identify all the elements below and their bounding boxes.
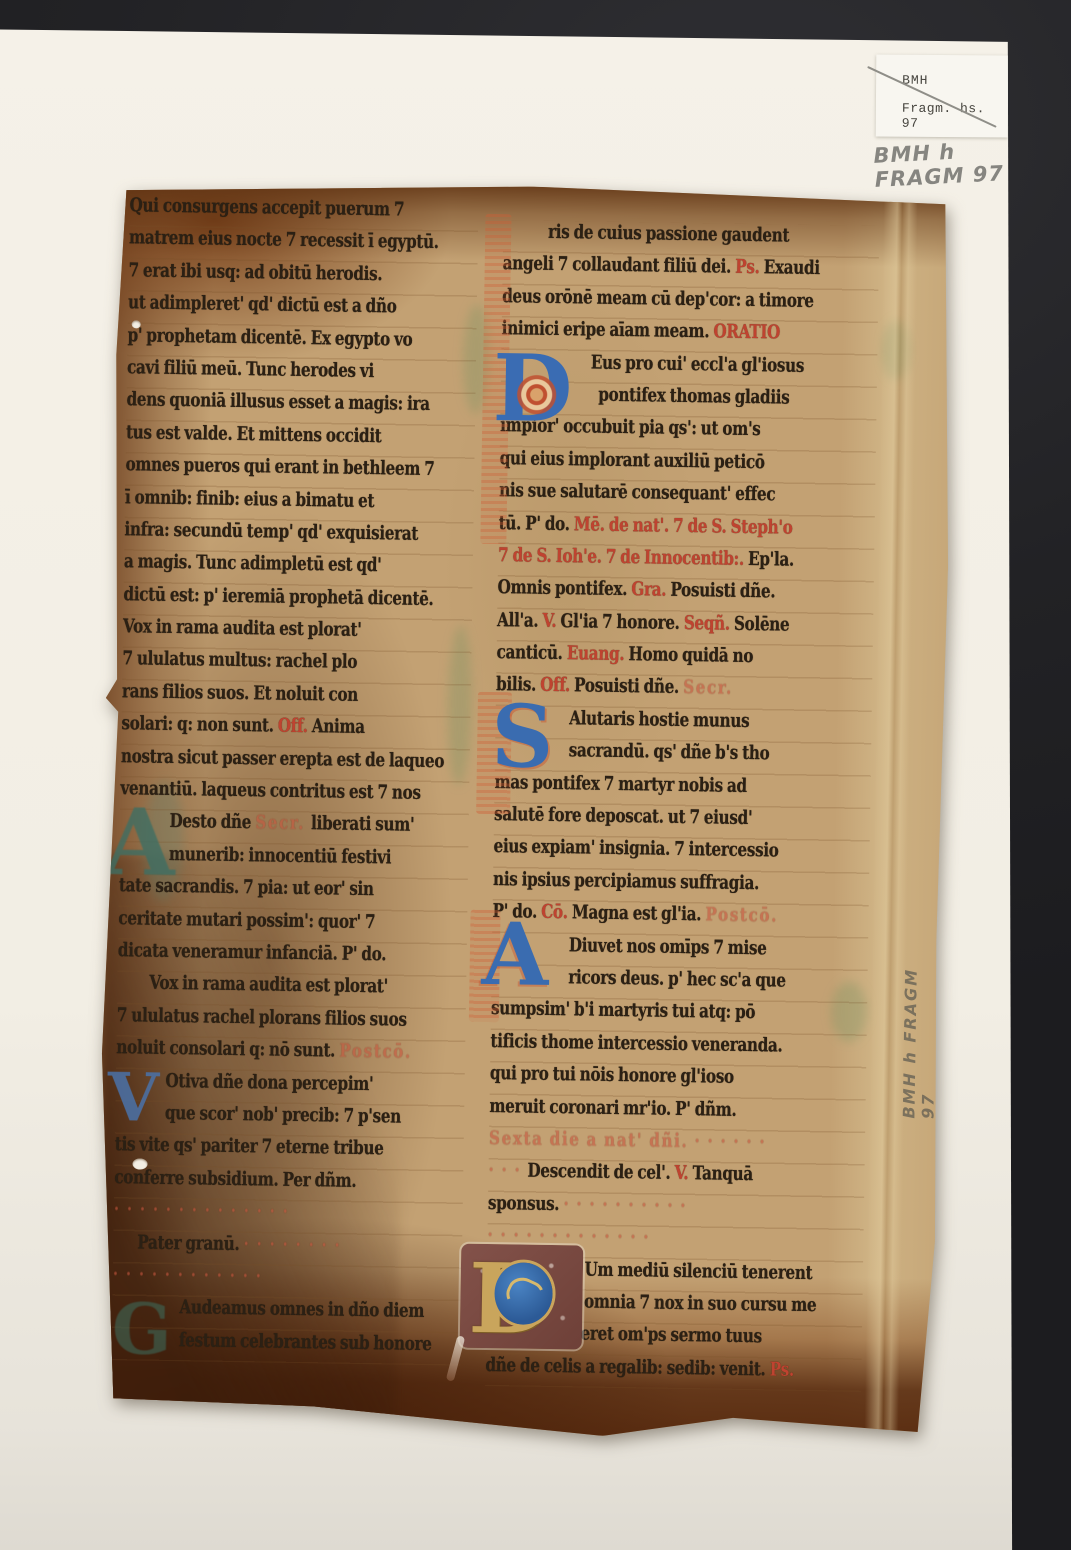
manuscript-text-line: 7 ululatus rachel plorans filios suos xyxy=(117,1004,466,1042)
manuscript-text-line: solari: q: non sunt. Off. Anima xyxy=(121,712,470,750)
manuscript-text-line: p' prophetam dicentē. Ex egypto vo xyxy=(127,324,476,362)
manuscript-text-line: Qui consurgens accepit puerum 7 xyxy=(129,194,478,232)
manuscript-text-line: omnes pueros qui erant in bethleem 7 xyxy=(125,453,474,491)
manuscript-text-line: que scor' nob' precib: 7 p'sen xyxy=(115,1101,464,1139)
manuscript-text-line: ī omnib: finib: eius a bimatu et xyxy=(125,486,474,524)
manuscript-text-line: cavi filiū meū. Tunc herodes vi xyxy=(127,356,476,394)
manuscript-text-line: 7 erat ibi usq: ad obitū herodis. xyxy=(128,259,477,297)
parchment-hole xyxy=(132,320,141,328)
shelfmark-label-slip: BMH Fragm. hs. 97 xyxy=(876,55,1009,138)
initial-votiva: V xyxy=(107,1064,159,1131)
initial-salutaris: S xyxy=(491,694,554,781)
text-column-left: Qui consurgens accepit puerum 7matrem ei… xyxy=(111,194,478,1365)
manuscript-text-line: nostra sicut passer erepta est de laqueo xyxy=(121,745,470,783)
manuscript-fragment: Qui consurgens accepit puerum 7matrem ei… xyxy=(94,180,953,1441)
manuscript-text-line: rans filios suos. Et noluit con xyxy=(122,680,471,718)
manuscript-text-line: dicata veneramur infanciā. P' do. xyxy=(118,939,467,977)
manuscript-text-line: · · · · · · · · · · · · · · xyxy=(113,1198,462,1236)
manuscript-text-line: noluit consolari q: nō sunt. Postcō. xyxy=(116,1036,465,1074)
initial-gaudeamus: G xyxy=(111,1294,172,1365)
slip-text-line2: Fragm. hs. 97 xyxy=(902,101,1008,132)
manuscript-text-line: ceritate mutari possim': quor' 7 xyxy=(118,907,467,945)
initial-adiuvet: A xyxy=(481,912,549,999)
photo-background: BMH Fragm. hs. 97 BMH h FRAGM 97 Qui con… xyxy=(0,0,1071,1550)
vertical-pencil-inscription: BMH h FRAGM 97 xyxy=(899,938,940,1119)
initial-adesto: A xyxy=(103,796,176,889)
manuscript-text-line: tus est valde. Et mittens occidit xyxy=(126,421,475,459)
fragment-shadow-wrapper: Qui consurgens accepit puerum 7matrem ei… xyxy=(114,180,954,1428)
manuscript-text-line: Vox in rama audita est plorat' xyxy=(117,972,466,1010)
illuminated-initial-dum: D xyxy=(460,1244,584,1350)
manuscript-text-line: infra: secundū temp' qd' exquisierat xyxy=(124,518,473,556)
manuscript-text-line: matrem eius nocte 7 recessit ī egyptū. xyxy=(129,227,478,265)
manuscript-text-line: dens quoniā illusus esset a magis: ira xyxy=(126,389,475,427)
manuscript-text-line: Vox in rama audita est plorat' xyxy=(123,615,472,653)
manuscript-text-line: Otiva dñe dona percepim' xyxy=(116,1069,465,1107)
manuscript-text-line: tis vite qs' pariter 7 eterne tribue xyxy=(115,1133,464,1171)
manuscript-text-line: Pater granū. · · · · · · · · xyxy=(113,1231,462,1269)
manuscript-text-line: dictū est: p' ieremiā prophetā dicentē. xyxy=(123,583,472,621)
manuscript-text-line: ut adimpleret' qd' dictū est a dño xyxy=(128,291,477,329)
mat-board: BMH Fragm. hs. 97 BMH h FRAGM 97 Qui con… xyxy=(0,0,1071,1550)
manuscript-text-line: dñe de celis a regalib: sedib: venit. Ps… xyxy=(485,1354,861,1392)
parchment-hole xyxy=(132,1158,147,1169)
manuscript-text-line: 7 ululatus multus: rachel plo xyxy=(122,648,471,686)
manuscript-text-line: a magis. Tunc adimpletū est qd' xyxy=(124,551,473,589)
